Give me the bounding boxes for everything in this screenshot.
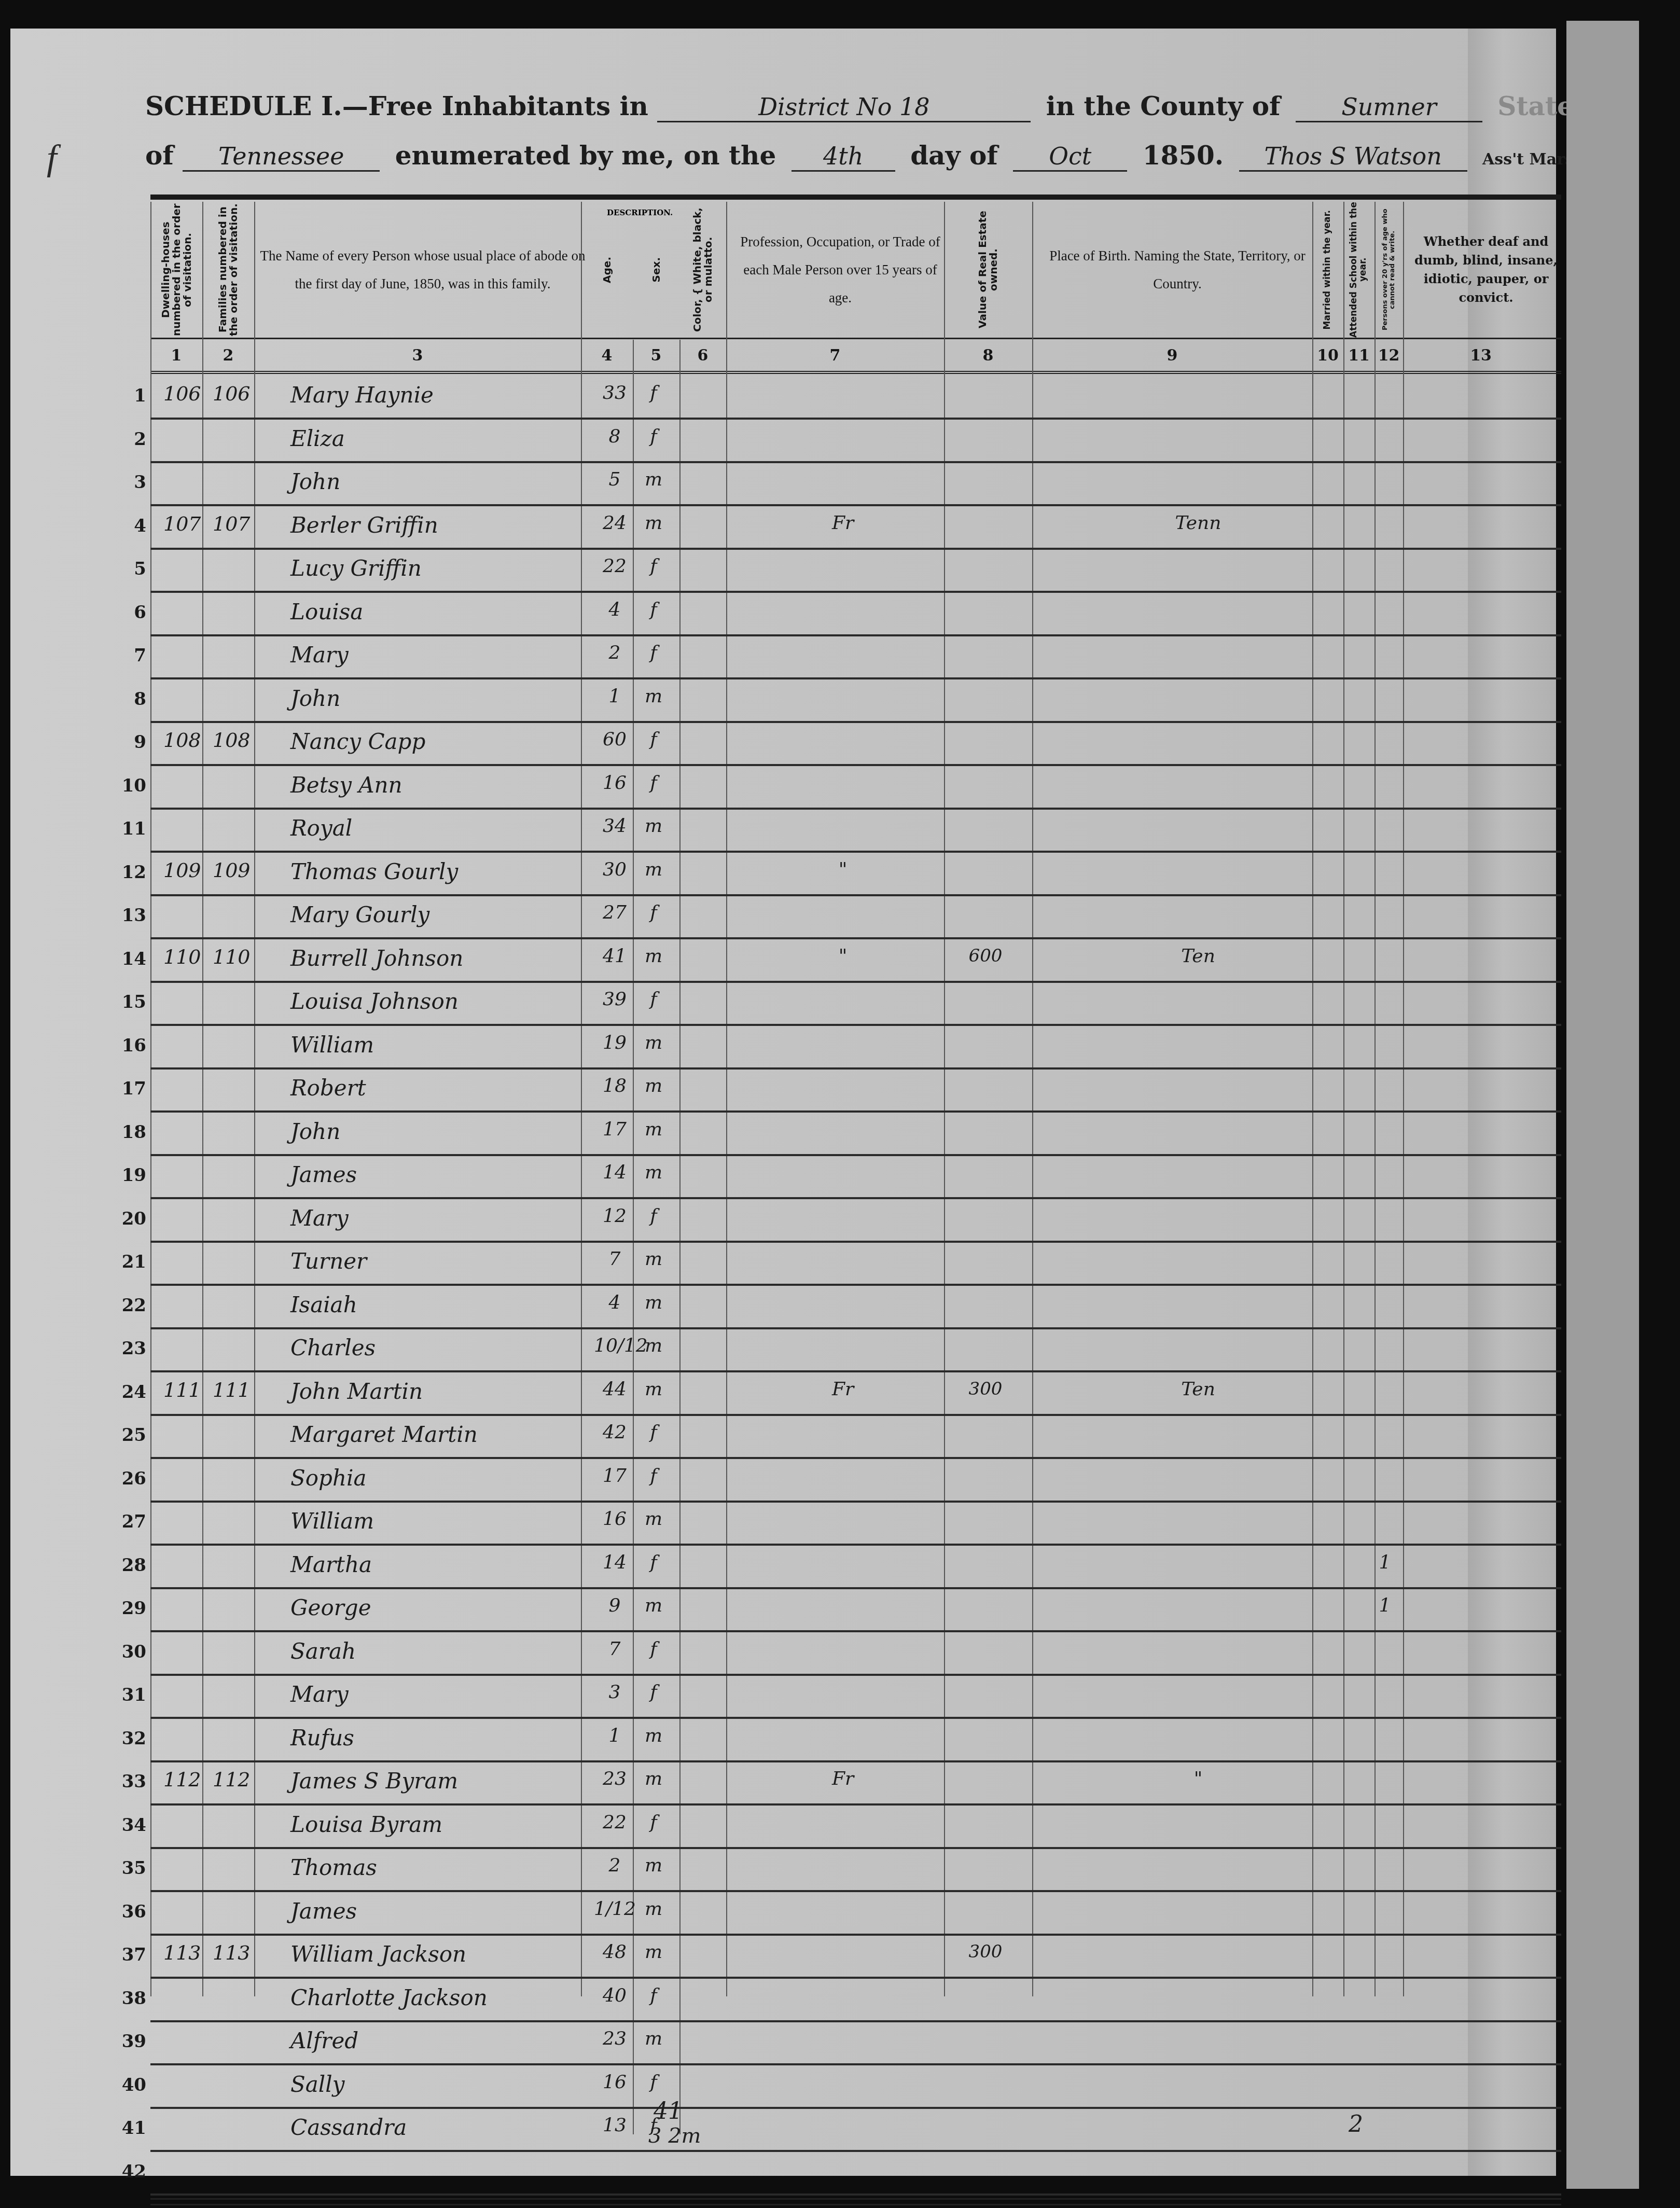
table-row: 39 Alfred 23 m	[150, 2022, 1561, 2065]
family-number: 108	[213, 729, 251, 760]
table-row: 10 Betsy Ann 16 f	[150, 766, 1561, 810]
line-number: 36	[110, 1901, 146, 1922]
person-sex: m	[635, 1768, 672, 1799]
table-row: 2 Eliza 8 f	[150, 420, 1561, 463]
line-number: 34	[110, 1815, 146, 1836]
person-age: 7	[594, 1638, 635, 1670]
line-number: 11	[110, 818, 146, 839]
county-field: Sumner	[1296, 93, 1482, 122]
day-field: 4th	[792, 142, 895, 172]
state-label: State	[1497, 91, 1574, 121]
person-sex: f	[635, 382, 672, 413]
attended-school-mark	[1369, 1075, 1400, 1106]
person-name: Royal	[290, 815, 352, 846]
person-occupation	[752, 815, 934, 846]
real-estate-value	[939, 1812, 1032, 1843]
line-number: 19	[110, 1165, 146, 1186]
person-age: 4	[594, 599, 635, 630]
real-estate-value	[939, 2115, 1032, 2146]
person-sex: m	[635, 815, 672, 846]
person-sex: m	[635, 2028, 672, 2059]
person-sex: f	[635, 1552, 672, 1583]
table-row: 19 James 14 m	[150, 1156, 1561, 1199]
attended-school-mark	[1369, 1422, 1400, 1453]
real-estate-value	[939, 2158, 1032, 2189]
person-sex: m	[635, 1292, 672, 1323]
person-occupation	[752, 1205, 934, 1237]
real-estate-value	[939, 1898, 1032, 1929]
line-number: 15	[110, 992, 146, 1012]
attended-school-mark	[1369, 859, 1400, 890]
family-number: 112	[213, 1768, 251, 1799]
person-age: 41	[594, 946, 635, 977]
person-sex: f	[635, 729, 672, 760]
col-num-11: 11	[1343, 340, 1374, 371]
line-number: 40	[110, 2075, 146, 2095]
person-occupation: Fr	[752, 1768, 934, 1799]
person-occupation	[752, 1725, 934, 1756]
person-sex: f	[635, 1682, 672, 1713]
person-sex: f	[635, 772, 672, 803]
person-name: Rufus	[290, 1725, 354, 1756]
place-of-birth	[1068, 1552, 1328, 1583]
person-name: Turner	[290, 1248, 367, 1280]
real-estate-value	[939, 1595, 1032, 1626]
table-row: 24 111 111 John Martin 44 m Fr 300 Ten	[150, 1372, 1561, 1416]
person-occupation	[752, 686, 934, 717]
table-row: 14 110 110 Burrell Johnson 41 m " 600 Te…	[150, 939, 1561, 983]
attended-school-mark	[1369, 1682, 1400, 1713]
real-estate-value	[939, 1205, 1032, 1237]
person-sex: m	[635, 1595, 672, 1626]
person-occupation	[752, 1595, 934, 1626]
col-num-9: 9	[1032, 340, 1312, 371]
line-number: 18	[110, 1122, 146, 1143]
person-occupation	[752, 729, 934, 760]
person-occupation	[752, 1812, 934, 1843]
table-row: 18 John 17 m	[150, 1113, 1561, 1156]
person-name: Berler Griffin	[290, 512, 438, 544]
person-occupation	[752, 2028, 934, 2059]
table-row: 28 Martha 14 f 1	[150, 1546, 1561, 1589]
person-occupation	[752, 426, 934, 457]
place-of-birth	[1068, 1855, 1328, 1886]
real-estate-value	[939, 815, 1032, 846]
col-header-married: Married within the year.	[1312, 202, 1343, 338]
person-age: 10/12	[594, 1335, 635, 1366]
real-estate-value	[939, 1638, 1032, 1670]
person-sex: m	[635, 1508, 672, 1539]
person-age: 18	[594, 1075, 635, 1106]
family-number: 107	[213, 512, 251, 544]
real-estate-value	[939, 1855, 1032, 1886]
attended-school-mark	[1369, 772, 1400, 803]
person-occupation	[752, 1508, 934, 1539]
person-sex: f	[635, 1205, 672, 1237]
place-of-birth	[1068, 729, 1328, 760]
table-row: 22 Isaiah 4 m	[150, 1286, 1561, 1329]
real-estate-value	[939, 599, 1032, 630]
place-of-birth	[1068, 1985, 1328, 2016]
person-occupation	[752, 1465, 934, 1496]
table-row: 8 John 1 m	[150, 679, 1561, 723]
table-row: 12 109 109 Thomas Gourly 30 m "	[150, 853, 1561, 896]
table-header: Dwelling-houses numbered in the order of…	[150, 202, 1561, 339]
person-name: Burrell Johnson	[290, 946, 463, 977]
line-number: 25	[110, 1425, 146, 1446]
table-row: 35 Thomas 2 m	[150, 1849, 1561, 1892]
attended-school-mark	[1369, 729, 1400, 760]
attended-school-mark	[1369, 1205, 1400, 1237]
line-number: 38	[110, 1988, 146, 2009]
dwelling-number: 109	[163, 859, 201, 890]
person-occupation	[752, 2115, 934, 2146]
col-header-sex: Sex.	[633, 202, 679, 338]
line-number: 9	[110, 732, 146, 753]
person-sex: f	[635, 1812, 672, 1843]
table-row: 36 James 1/12 m	[150, 1892, 1561, 1936]
person-age: 8	[594, 426, 635, 457]
person-name: Lucy Griffin	[290, 556, 422, 587]
place-of-birth	[1068, 1812, 1328, 1843]
place-of-birth	[1068, 772, 1328, 803]
line-number: 10	[110, 775, 146, 796]
person-age: 17	[594, 1119, 635, 1150]
person-sex: f	[635, 599, 672, 630]
attended-school-mark: 1	[1369, 1552, 1400, 1583]
person-age: 14	[594, 1552, 635, 1583]
line-number: 16	[110, 1035, 146, 1056]
attended-school-mark	[1369, 1162, 1400, 1193]
line-number: 12	[110, 862, 146, 883]
adjacent-page-edge: 1415161718192021222324252627282930313233…	[1566, 21, 1639, 2189]
table-row: 7 Mary 2 f	[150, 636, 1561, 679]
attended-school-mark	[1369, 1812, 1400, 1843]
attended-school-mark	[1369, 1941, 1400, 1973]
person-occupation	[752, 1552, 934, 1583]
col-header-birthplace: Place of Birth. Naming the State, Territ…	[1032, 202, 1323, 338]
line-number: 29	[110, 1598, 146, 1619]
person-age: 16	[594, 772, 635, 803]
attended-school-mark	[1369, 1292, 1400, 1323]
person-occupation	[752, 1855, 934, 1886]
place-of-birth	[1068, 1162, 1328, 1193]
table-row: 26 Sophia 17 f	[150, 1459, 1561, 1503]
person-name: Mary	[290, 1682, 349, 1713]
col-num-6: 6	[679, 340, 726, 371]
enumerated-label: enumerated by me, on the	[395, 140, 776, 171]
person-sex: m	[635, 1379, 672, 1410]
table-row: 1 106 106 Mary Haynie 33 f	[150, 376, 1561, 420]
person-name: Thomas Gourly	[290, 859, 458, 890]
place-of-birth	[1068, 556, 1328, 587]
table-row: 37 113 113 William Jackson 48 m 300	[150, 1935, 1561, 1979]
person-occupation: "	[752, 946, 934, 977]
person-sex: f	[635, 902, 672, 933]
real-estate-value	[939, 426, 1032, 457]
person-occupation	[752, 1075, 934, 1106]
place-of-birth	[1068, 989, 1328, 1020]
real-estate-value	[939, 2072, 1032, 2103]
person-occupation	[752, 1292, 934, 1323]
dwelling-number: 107	[163, 512, 201, 544]
person-age: 3	[594, 1682, 635, 1713]
attended-school-mark	[1369, 1855, 1400, 1886]
place-of-birth: Ten	[1068, 1379, 1328, 1410]
col-num-12: 12	[1374, 340, 1403, 371]
table-row: 20 Mary 12 f	[150, 1199, 1561, 1243]
table-row: 31 Mary 3 f	[150, 1675, 1561, 1719]
attended-school-mark	[1369, 642, 1400, 673]
dwelling-number: 108	[163, 729, 201, 760]
real-estate-value	[939, 729, 1032, 760]
family-number: 113	[213, 1941, 251, 1973]
person-age: 60	[594, 729, 635, 760]
person-age: 48	[594, 1941, 635, 1973]
place-of-birth: "	[1068, 1768, 1328, 1799]
place-of-birth	[1068, 382, 1328, 413]
line-number: 4	[110, 516, 146, 536]
col-header-school: Attended School within the year.	[1343, 202, 1374, 338]
person-age: 27	[594, 902, 635, 933]
family-number: 106	[213, 382, 251, 413]
person-name: Louisa	[290, 599, 363, 630]
table-row: 32 Rufus 1 m	[150, 1719, 1561, 1762]
person-name: Alfred	[290, 2028, 358, 2059]
place-of-birth	[1068, 1292, 1328, 1323]
person-occupation	[752, 1119, 934, 1150]
person-sex: m	[635, 1248, 672, 1280]
real-estate-value	[939, 1119, 1032, 1150]
person-sex: m	[635, 946, 672, 977]
line-number: 14	[110, 949, 146, 969]
col-header-age: Age.	[581, 202, 633, 338]
state-field: Tennessee	[183, 142, 380, 172]
col-header-real-estate: Value of Real Estate owned.	[944, 202, 1032, 338]
table-row: 9 108 108 Nancy Capp 60 f	[150, 723, 1561, 766]
real-estate-value	[939, 642, 1032, 673]
attended-school-mark	[1369, 989, 1400, 1020]
col-header-family: Families numbered in the order of visita…	[202, 202, 254, 338]
tally-total: 41	[654, 2098, 683, 2124]
person-sex: m	[635, 1898, 672, 1929]
attended-school-mark	[1369, 946, 1400, 977]
attended-school-mark	[1369, 902, 1400, 933]
line-number: 17	[110, 1078, 146, 1099]
table-row: 13 Mary Gourly 27 f	[150, 896, 1561, 939]
person-age: 7	[594, 1248, 635, 1280]
real-estate-value	[939, 989, 1032, 1020]
real-estate-value	[939, 556, 1032, 587]
attended-school-mark	[1369, 426, 1400, 457]
col-num-7: 7	[726, 340, 944, 371]
census-page: f SCHEDULE I.—Free Inhabitants in Distri…	[10, 29, 1556, 2176]
person-age: 34	[594, 815, 635, 846]
real-estate-value	[939, 2028, 1032, 2059]
place-of-birth	[1068, 686, 1328, 717]
line-number: 7	[110, 645, 146, 666]
place-of-birth	[1068, 1119, 1328, 1150]
attended-school-mark	[1369, 469, 1400, 500]
attended-school-mark	[1369, 1465, 1400, 1496]
person-age: 4	[594, 1292, 635, 1323]
line-number: 8	[110, 689, 146, 710]
col-num-1: 1	[150, 340, 202, 371]
attended-school-mark	[1369, 1119, 1400, 1150]
place-of-birth	[1068, 1075, 1328, 1106]
person-age: 17	[594, 1465, 635, 1496]
real-estate-value	[939, 1682, 1032, 1713]
person-sex: m	[635, 512, 672, 544]
place-of-birth	[1068, 426, 1328, 457]
col-num-10: 10	[1312, 340, 1343, 371]
attended-school-mark	[1369, 2115, 1400, 2146]
table-row: 17 Robert 18 m	[150, 1069, 1561, 1113]
real-estate-value	[939, 1075, 1032, 1106]
table-row: 15 Louisa Johnson 39 f	[150, 982, 1561, 1026]
person-sex: f	[635, 426, 672, 457]
person-age: 16	[594, 1508, 635, 1539]
person-sex: m	[635, 1855, 672, 1886]
person-sex: m	[635, 1335, 672, 1366]
person-age: 2	[594, 1855, 635, 1886]
place-of-birth	[1068, 1465, 1328, 1496]
col-header-occupation: Profession, Occupation, or Trade of each…	[726, 202, 954, 338]
family-number: 111	[213, 1379, 251, 1410]
place-of-birth	[1068, 2072, 1328, 2103]
real-estate-value	[939, 1552, 1032, 1583]
place-of-birth	[1068, 815, 1328, 846]
person-sex: m	[635, 469, 672, 500]
person-sex: f	[635, 1638, 672, 1670]
attended-school-mark	[1369, 1335, 1400, 1366]
school-tally: 2	[1349, 2111, 1363, 2137]
person-age: 14	[594, 1162, 635, 1193]
table-row: 23 Charles 10/12 m	[150, 1329, 1561, 1372]
person-occupation: Fr	[752, 512, 934, 544]
line-number: 6	[110, 602, 146, 623]
title-line-1: SCHEDULE I.—Free Inhabitants in District…	[145, 91, 1580, 122]
place-of-birth	[1068, 599, 1328, 630]
person-age: 13	[594, 2115, 635, 2146]
col-num-8: 8	[944, 340, 1032, 371]
col-header-color: Color, { White, black, or mulatto.	[679, 202, 726, 338]
person-sex: f	[635, 556, 672, 587]
attended-school-mark	[1369, 1768, 1400, 1799]
person-age: 9	[594, 1595, 635, 1626]
attended-school-mark	[1369, 1985, 1400, 2016]
place-of-birth	[1068, 1638, 1328, 1670]
person-name: Mary	[290, 642, 349, 673]
person-occupation	[752, 1941, 934, 1973]
person-age: 23	[594, 2028, 635, 2059]
real-estate-value	[939, 772, 1032, 803]
table-row: 21 Turner 7 m	[150, 1242, 1561, 1286]
place-of-birth	[1068, 1595, 1328, 1626]
table-row: 3 John 5 m	[150, 463, 1561, 506]
person-name: John	[290, 1119, 340, 1150]
person-occupation	[752, 599, 934, 630]
attended-school-mark	[1369, 2028, 1400, 2059]
person-occupation	[752, 382, 934, 413]
place-of-birth	[1068, 469, 1328, 500]
person-occupation: Fr	[752, 1379, 934, 1410]
person-age: 16	[594, 2072, 635, 2103]
person-sex: f	[635, 642, 672, 673]
line-number: 13	[110, 905, 146, 926]
person-occupation	[752, 902, 934, 933]
table-row: 34 Louisa Byram 22 f	[150, 1806, 1561, 1849]
line-number: 32	[110, 1728, 146, 1749]
person-name: Betsy Ann	[290, 772, 402, 803]
person-age: 22	[594, 1812, 635, 1843]
person-name: Louisa Byram	[290, 1812, 442, 1843]
person-name: Louisa Johnson	[290, 989, 459, 1020]
line-number: 20	[110, 1209, 146, 1229]
line-number: 22	[110, 1295, 146, 1316]
person-sex: m	[635, 1119, 672, 1150]
person-occupation	[752, 1162, 934, 1193]
person-age: 19	[594, 1032, 635, 1063]
attended-school-mark	[1369, 2072, 1400, 2103]
col-num-4: 4	[581, 340, 633, 371]
marshal-name-field: Thos S Watson	[1239, 142, 1467, 172]
attended-school-mark	[1369, 1725, 1400, 1756]
person-sex	[635, 2158, 672, 2189]
person-sex: m	[635, 1725, 672, 1756]
col-num-3: 3	[254, 340, 581, 371]
district-field: District No 18	[657, 93, 1031, 122]
place-of-birth	[1068, 1248, 1328, 1280]
person-age: 42	[594, 1422, 635, 1453]
line-number: 21	[110, 1252, 146, 1272]
table-top-rule	[150, 195, 1561, 200]
person-sex: m	[635, 1075, 672, 1106]
line-number: 1	[110, 385, 146, 406]
person-name: Thomas	[290, 1855, 377, 1886]
person-age: 30	[594, 859, 635, 890]
place-of-birth	[1068, 902, 1328, 933]
real-estate-value	[939, 1335, 1032, 1366]
margin-annotation: f	[47, 137, 57, 179]
person-name: Robert	[290, 1075, 366, 1106]
attended-school-mark	[1369, 1032, 1400, 1063]
person-age	[594, 2158, 635, 2189]
person-name: James	[290, 1162, 357, 1193]
person-age: 23	[594, 1768, 635, 1799]
line-number: 23	[110, 1338, 146, 1359]
person-age: 44	[594, 1379, 635, 1410]
real-estate-value	[939, 902, 1032, 933]
person-occupation	[752, 556, 934, 587]
person-occupation	[752, 1985, 934, 2016]
col-header-name: The Name of every Person whose usual pla…	[254, 202, 591, 338]
person-name: Mary	[290, 1205, 349, 1237]
attended-school-mark	[1369, 815, 1400, 846]
line-number: 39	[110, 2031, 146, 2052]
attended-school-mark	[1369, 556, 1400, 587]
place-of-birth	[1068, 2158, 1328, 2189]
real-estate-value	[939, 469, 1032, 500]
real-estate-value	[939, 1985, 1032, 2016]
person-name: Margaret Martin	[290, 1422, 478, 1453]
col-header-illiterate: Persons over 20 y'rs of age who cannot r…	[1374, 202, 1403, 338]
person-name: William	[290, 1508, 374, 1539]
person-occupation	[752, 772, 934, 803]
line-number: 41	[110, 2118, 146, 2138]
place-of-birth	[1068, 1682, 1328, 1713]
county-label: in the County of	[1046, 91, 1281, 121]
